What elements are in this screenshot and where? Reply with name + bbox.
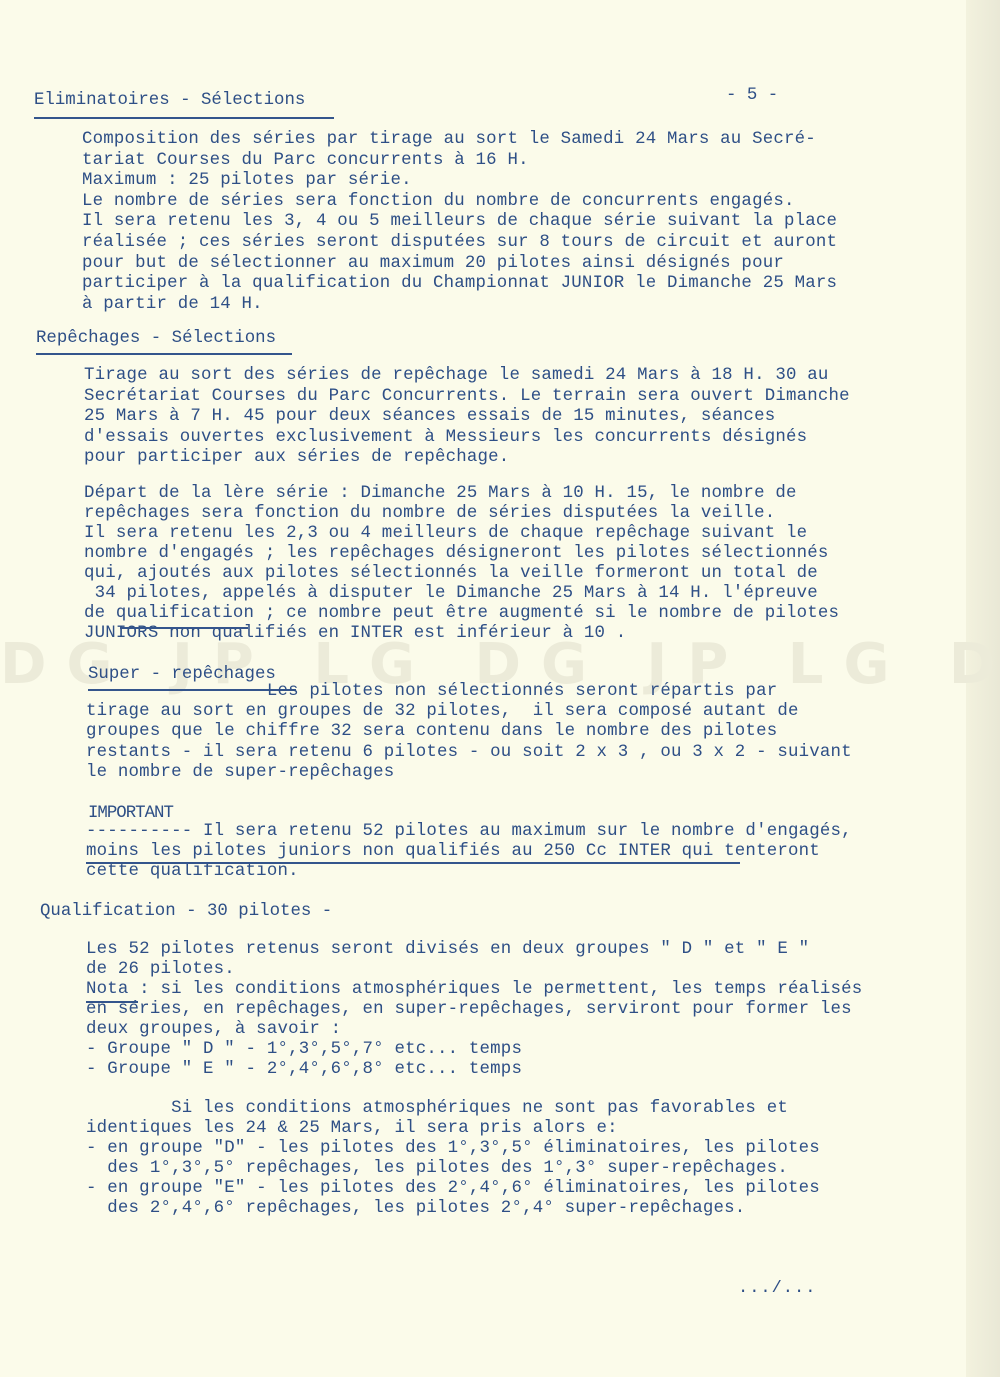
page-number: - 5 -	[726, 86, 778, 105]
text-line: repêchages sera fonction du nombre de sé…	[84, 504, 775, 523]
text-line: pour participer aux séries de repêchage.	[84, 448, 509, 467]
text-line: des 1°,3°,5° repêchages, les pilotes des…	[86, 1159, 788, 1178]
section-heading-eliminatoires: Eliminatoires - Sélections	[34, 91, 305, 110]
continuation-mark: .../...	[738, 1279, 816, 1298]
text-line: Nota : si les conditions atmosphériques …	[86, 980, 862, 999]
text-line: Départ de la lère série : Dimanche 25 Ma…	[84, 484, 797, 503]
text-line: des 2°,4°,6° repêchages, les pilotes 2°,…	[86, 1199, 745, 1218]
text-line: - en groupe "D" - les pilotes des 1°,3°,…	[86, 1139, 820, 1158]
text-line: réalisée ; ces séries seront disputées s…	[82, 233, 837, 252]
text-line: restants - il sera retenu 6 pilotes - ou…	[86, 743, 852, 762]
text-line: identiques les 24 & 25 Mars, il sera pri…	[86, 1119, 618, 1138]
nota-underline	[86, 1001, 138, 1003]
text-line: participer à la qualification du Champio…	[82, 274, 837, 293]
text-line: d'essais ouvertes exclusivement à Messie…	[84, 428, 807, 447]
text-line: Les pilotes non sélectionnés seront répa…	[86, 682, 777, 701]
section-heading-repechages: Repêchages - Sélections	[36, 329, 276, 348]
section-heading-important: IMPORTANT	[88, 804, 173, 823]
heading-underline	[34, 117, 334, 119]
text-line: le nombre de super-repêchages	[86, 763, 394, 782]
text-line: ---------- Il sera retenu 52 pilotes au …	[86, 822, 852, 841]
text-line: Maximum : 25 pilotes par série.	[82, 171, 412, 190]
text-line: à partir de 14 H.	[82, 295, 263, 314]
text-line: 34 pilotes, appelés à disputer le Dimanc…	[84, 584, 818, 603]
text-line: Il sera retenu les 2,3 ou 4 meilleurs de…	[84, 524, 807, 543]
text-line: Il sera retenu les 3, 4 ou 5 meilleurs d…	[82, 212, 837, 231]
text-line: 25 Mars à 7 H. 45 pour deux séances essa…	[84, 407, 775, 426]
text-line: pour but de sélectionner au maximum 20 p…	[82, 254, 784, 273]
text-line: Les 52 pilotes retenus seront divisés en…	[86, 940, 809, 959]
text-line: nombre d'engagés ; les repêchages désign…	[84, 544, 829, 563]
section-heading-qualification: Qualification - 30 pilotes -	[40, 902, 332, 921]
text-line: Tirage au sort des séries de repêchage l…	[84, 366, 829, 385]
text-line: de 26 pilotes.	[86, 960, 235, 979]
heading-underline	[36, 353, 292, 355]
text-line: - en groupe "E" - les pilotes des 2°,4°,…	[86, 1179, 820, 1198]
qualification-underline	[120, 627, 248, 629]
text-line: deux groupes, à savoir :	[86, 1020, 341, 1039]
text-line: Composition des séries par tirage au sor…	[82, 130, 816, 149]
text-line: - Groupe " D " - 1°,3°,5°,7° etc... temp…	[86, 1040, 522, 1059]
text-line: en séries, en repêchages, en super-repêc…	[86, 1000, 852, 1019]
text-line: - Groupe " E " - 2°,4°,6°,8° etc... temp…	[86, 1060, 522, 1079]
text-line: cette qualification.	[86, 862, 299, 881]
text-line: de qualification ; ce nombre peut être a…	[84, 604, 839, 623]
text-line: tirage au sort en groupes de 32 pilotes,…	[86, 702, 799, 721]
text-line: groupes que le chiffre 32 sera contenu d…	[86, 722, 777, 741]
text-line: Le nombre de séries sera fonction du nom…	[82, 192, 795, 211]
text-line: Si les conditions atmosphériques ne sont…	[86, 1099, 788, 1118]
text-line: qui, ajoutés aux pilotes sélectionnés la…	[84, 564, 818, 583]
text-line: tariat Courses du Parc concurrents à 16 …	[82, 151, 529, 170]
text-line: moins les pilotes juniors non qualifiés …	[86, 842, 820, 861]
important-underline	[86, 862, 740, 864]
text-line: Secrétariat Courses du Parc Concurrents.…	[84, 387, 850, 406]
